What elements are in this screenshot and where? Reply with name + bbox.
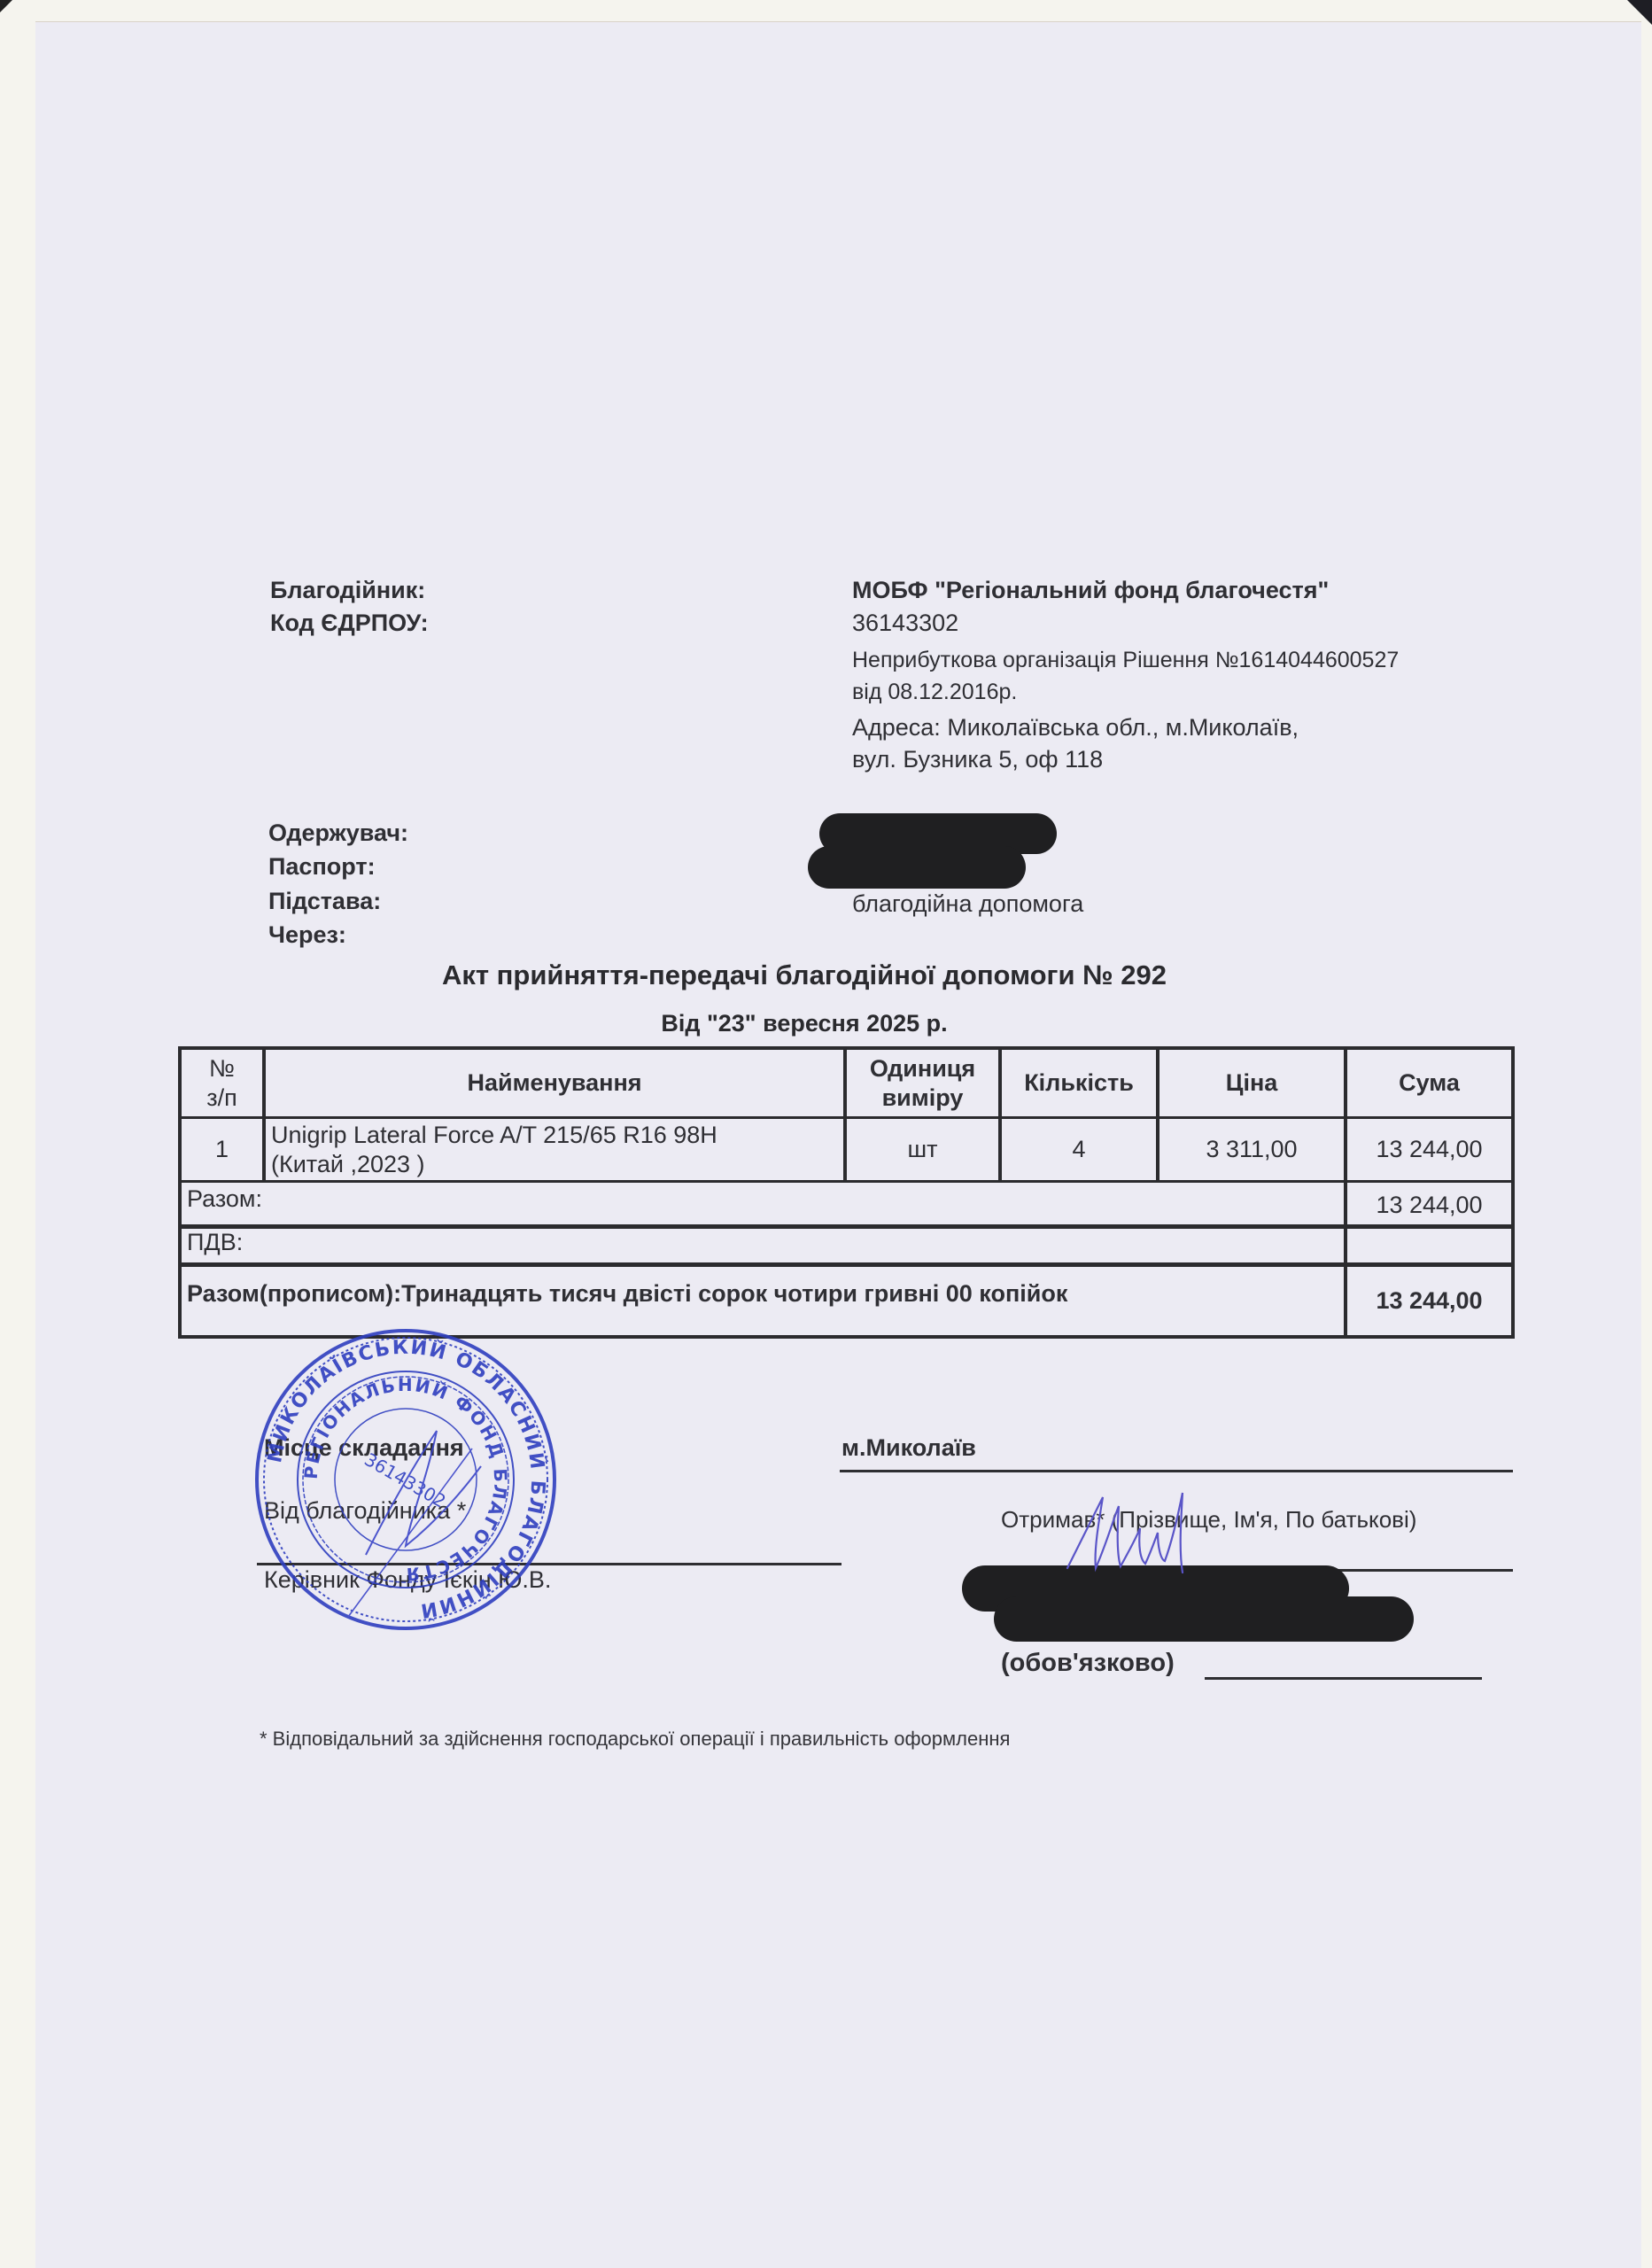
nonprofit-date: від 08.12.2016р. (852, 680, 1017, 705)
header-quantity: Кількість (1002, 1050, 1156, 1116)
header-number: № з/п (182, 1050, 262, 1116)
via-label: Через: (268, 921, 346, 949)
vat-label: ПДВ: (182, 1229, 1344, 1255)
scan-edge (0, 0, 12, 12)
total-in-words-value: 13 244,00 (1347, 1267, 1511, 1335)
donor-label: Благодійник: (270, 577, 425, 604)
header-sum: Сума (1347, 1050, 1511, 1116)
document-title: Акт прийняття-передачі благодійної допом… (0, 959, 1609, 991)
address-line-1: Адреса: Миколаївська обл., м.Миколаїв, (852, 714, 1299, 742)
document-date: Від "23" вересня 2025 р. (0, 1010, 1609, 1037)
total-label: Разом: (182, 1183, 1344, 1215)
total-value: 13 244,00 (1347, 1186, 1511, 1224)
header-name: Найменування (266, 1050, 843, 1116)
address-line-2: вул. Бузника 5, оф 118 (852, 746, 1103, 773)
passport-label: Паспорт: (268, 853, 376, 881)
row-price: 3 311,00 (1160, 1119, 1344, 1180)
basis-label: Підстава: (268, 888, 381, 915)
total-in-words: Разом(прописом):Тринадцять тисяч двісті … (182, 1267, 1344, 1320)
header-price: Ціна (1160, 1050, 1344, 1116)
footnote: * Відповідальний за здійснення господарс… (260, 1728, 1010, 1751)
header-unit: Одиниця виміру (847, 1050, 998, 1116)
redacted-passport (808, 846, 1026, 889)
row-number: 1 (182, 1119, 262, 1180)
row-quantity: 4 (1002, 1119, 1156, 1180)
mandatory-underline (1205, 1677, 1482, 1680)
recipient-signature-scribble (1059, 1488, 1200, 1577)
basis-value: благодійна допомога (852, 890, 1083, 918)
mandatory-label: (обов'язково) (1001, 1649, 1175, 1678)
place-underline (840, 1470, 1513, 1472)
row-item-name: Unigrip Lateral Force A/T 215/65 R16 98H… (266, 1119, 843, 1180)
nonprofit-decision: Неприбуткова організація Рішення №161404… (852, 648, 1399, 673)
recipient-label: Одержувач: (268, 819, 408, 847)
row-sum: 13 244,00 (1347, 1119, 1511, 1180)
items-table: № з/п Найменування Одиниця виміру Кількі… (178, 1046, 1515, 1339)
row-unit: шт (847, 1119, 998, 1180)
edrpou-value: 36143302 (852, 610, 958, 637)
organization-stamp: МИКОЛАЇВСЬКИЙ ОБЛАСНИЙ БЛАГОДІЙНИЙ РЕГІО… (251, 1324, 561, 1635)
donor-name: МОБФ "Регіональний фонд благочестя" (852, 577, 1329, 604)
edrpou-label: Код ЄДРПОУ: (270, 610, 429, 637)
vat-value (1347, 1229, 1511, 1262)
place-value: м.Миколаїв (842, 1434, 976, 1462)
redacted-recipient-details (994, 1596, 1414, 1642)
